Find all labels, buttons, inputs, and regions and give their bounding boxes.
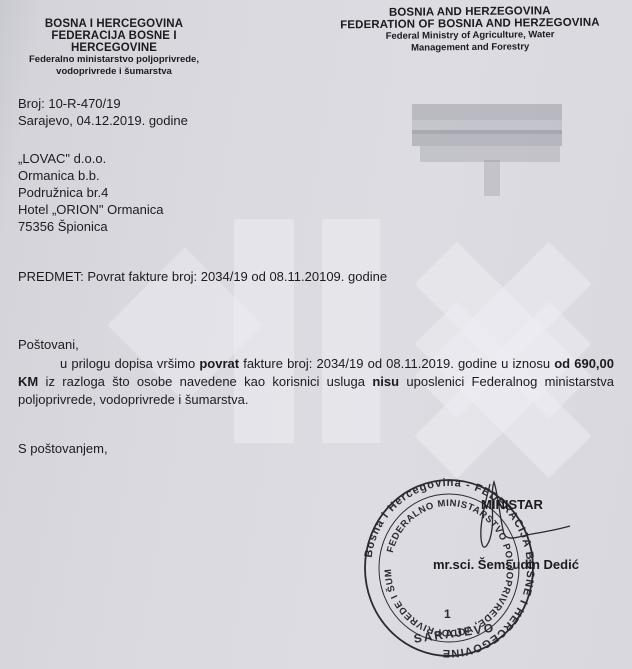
recipient-address: „LOVAC" d.o.o. Ormanica b.b. Podružnica …	[18, 150, 163, 235]
body-text-bold: nisu	[372, 374, 399, 389]
body-paragraph: u prilogu dopisa vršimo povrat fakture b…	[18, 355, 614, 409]
header-right-line4: Management and Forestry	[330, 41, 610, 56]
letter-page: BOSNA I HERCEGOVINA FEDERACIJA BOSNE I H…	[0, 0, 632, 669]
place-date: Sarajevo, 04.12.2019. godine	[18, 112, 188, 129]
closing: S poštovanjem,	[18, 440, 108, 457]
body-text-bold: povrat	[199, 356, 239, 371]
recipient-line: „LOVAC" d.o.o.	[18, 150, 163, 167]
signatory-name: mr.sci. Šemsudin Dedić	[433, 557, 579, 572]
header-left-line4: vodoprivrede i šumarstva	[14, 66, 214, 78]
recipient-line: 75356 Špionica	[18, 218, 163, 235]
header-left-line1: BOSNA I HERCEGOVINA	[14, 18, 214, 30]
recipient-line: Podružnica br.4	[18, 184, 163, 201]
handwritten-signature-icon	[460, 474, 580, 564]
watermark-bar	[234, 219, 294, 443]
subject-line: PREDMET: Povrat fakture broj: 2034/19 od…	[18, 268, 387, 285]
reference-number: Broj: 10-R-470/19	[18, 95, 188, 112]
greeting: Poštovani,	[18, 336, 79, 353]
header-right: BOSNIA AND HERZEGOVINA FEDERATION OF BOS…	[330, 5, 610, 56]
header-left: BOSNA I HERCEGOVINA FEDERACIJA BOSNE I H…	[14, 18, 214, 78]
body-text: iz razloga što osobe navedene kao korisn…	[38, 374, 372, 389]
recipient-line: Hotel „ORION" Ormanica	[18, 201, 163, 218]
recipient-line: Ormanica b.b.	[18, 167, 163, 184]
svg-text:1: 1	[444, 607, 451, 621]
header-left-line3: Federalno ministarstvo poljoprivrede,	[14, 54, 214, 66]
watermark-bar	[322, 219, 380, 443]
letter-meta: Broj: 10-R-470/19 Sarajevo, 04.12.2019. …	[18, 95, 188, 129]
body-text: u prilogu dopisa vršimo	[60, 356, 199, 371]
header-left-line2: FEDERACIJA BOSNE I HERCEGOVINE	[14, 30, 214, 54]
body-text: fakture broj: 2034/19 od 08.11.2019. god…	[239, 356, 554, 371]
signatory-title: MINISTAR	[481, 497, 543, 512]
